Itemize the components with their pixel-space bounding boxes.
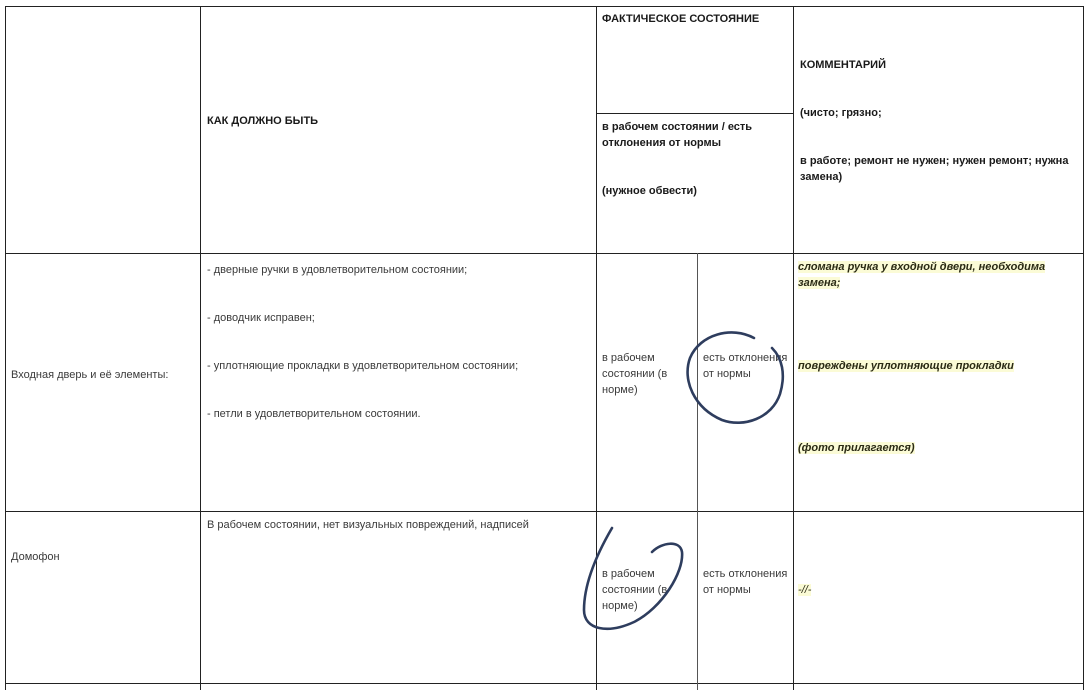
option-deviation[interactable]: есть отклонения от нормы (703, 566, 791, 598)
table-border-left (5, 6, 6, 690)
row-divider (5, 683, 1084, 684)
expected-line: В рабочем состоянии, нет визуальных повр… (207, 517, 529, 533)
header-sub-divider (596, 113, 794, 114)
expected-line: - уплотняющие прокладки в удовлетворител… (207, 358, 518, 374)
header-actual-note: (нужное обвести) (602, 183, 697, 199)
header-comment-options-2: в работе; ремонт не нужен; нужен ремонт;… (800, 153, 1070, 185)
expected-line: - доводчик исправен; (207, 310, 315, 326)
comment-line: -//- (798, 582, 811, 598)
comment-line: повреждены уплотняющие прокладки (798, 358, 1014, 374)
header-actual: ФАКТИЧЕСКОЕ СОСТОЯНИЕ (602, 11, 759, 27)
row-divider (5, 253, 1084, 254)
expected-line: - петли в удовлетворительном состоянии. (207, 406, 421, 422)
row-item-label: Входная дверь и её элементы: (11, 367, 168, 383)
header-actual-instruction: в рабочем состоянии / есть отклонения от… (602, 119, 787, 151)
col-divider (793, 6, 794, 690)
header-comment: КОММЕНТАРИЙ (800, 57, 886, 73)
comment-line: сломана ручка у входной двери, необходим… (798, 259, 1078, 291)
row-divider (5, 511, 1084, 512)
pen-circle-mark (682, 330, 792, 430)
col-divider (200, 6, 201, 690)
col-divider (697, 253, 698, 690)
row-item-label: Домофон (11, 549, 60, 565)
header-comment-options-1: (чисто; грязно; (800, 105, 882, 121)
pen-circle-mark (578, 522, 688, 642)
header-expected: КАК ДОЛЖНО БЫТЬ (207, 113, 318, 129)
comment-line: (фото прилагается) (798, 440, 915, 456)
expected-line: - дверные ручки в удовлетворительном сос… (207, 262, 467, 278)
table-border-right (1083, 6, 1084, 690)
option-ok[interactable]: в рабочем состоянии (в норме) (602, 350, 692, 398)
table-border-top (5, 6, 1084, 7)
